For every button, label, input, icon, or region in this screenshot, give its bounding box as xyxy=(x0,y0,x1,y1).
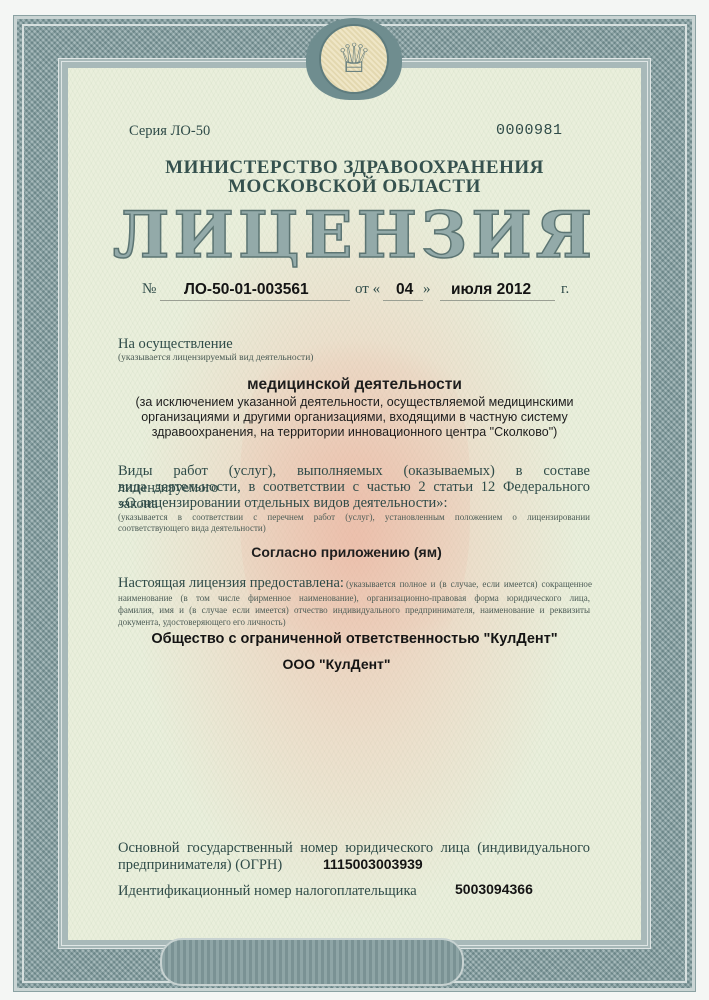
activity-exception-line1: (за исключением указанной деятельности, … xyxy=(68,395,641,409)
date-month-year: июля 2012 xyxy=(451,281,531,299)
number-underline xyxy=(160,300,350,301)
date-from-label: от « xyxy=(355,281,380,298)
inn-value: 5003094366 xyxy=(455,881,533,897)
licensee-hint-first: (указывается полное и (в случае, если им… xyxy=(346,579,592,589)
ministry-name-line2: МОСКОВСКОЙ ОБЛАСТИ xyxy=(68,176,641,198)
serial-number: 0000981 xyxy=(496,122,563,139)
ogrn-value: 1115003003939 xyxy=(323,856,423,872)
ogrn-label-line1: Основной государственный номер юридическ… xyxy=(118,840,590,857)
works-hint-line2: соответствующего вида деятельности) xyxy=(118,523,590,533)
number-sign: № xyxy=(142,281,156,298)
activity-value: медицинской деятельности xyxy=(68,376,641,394)
licensee-short-name: ООО "КулДент" xyxy=(50,656,623,672)
day-underline xyxy=(383,300,423,301)
works-hint-line1: (указывается в соответствии с перечнем р… xyxy=(118,512,590,522)
licensee-label: Настоящая лицензия предоставлена: xyxy=(118,575,344,592)
licensee-hint-line3: документа, удостоверяющего его личность) xyxy=(118,617,590,627)
activity-exception-line2: организациями и другими организациями, в… xyxy=(68,410,641,424)
document-title: ЛИЦЕНЗИЯ xyxy=(68,198,641,273)
licensee-hint-line1: наименование (в том числе фирменное наим… xyxy=(118,593,590,603)
works-value: Согласно приложению (ям) xyxy=(60,544,633,560)
double-headed-eagle-icon: ♕ xyxy=(319,24,389,94)
date-day-close: » xyxy=(423,281,431,298)
year-suffix: г. xyxy=(561,281,569,298)
activity-label: На осуществление xyxy=(118,336,233,353)
license-number: ЛО-50-01-003561 xyxy=(184,281,309,299)
activity-hint: (указывается лицензируемый вид деятельно… xyxy=(118,353,313,363)
ogrn-label-line2: предпринимателя) (ОГРН) xyxy=(118,857,282,874)
licensee-hint-line2: фамилия, имя и (в случае если имеется) о… xyxy=(118,605,590,615)
licensee-full-name: Общество с ограниченной ответственностью… xyxy=(68,631,641,647)
month-underline xyxy=(440,300,555,301)
date-day: 04 xyxy=(396,281,413,299)
works-label-line3: «О лицензировании отдельных видов деятел… xyxy=(118,495,590,512)
inn-label: Идентификационный номер налогоплательщик… xyxy=(118,883,417,900)
emblem-cartouche: ♕ xyxy=(306,18,402,100)
series-label: Серия ЛО-50 xyxy=(129,123,210,140)
activity-exception-line3: здравоохранения, на территории инновацио… xyxy=(68,425,641,439)
bottom-cartouche xyxy=(160,938,464,986)
